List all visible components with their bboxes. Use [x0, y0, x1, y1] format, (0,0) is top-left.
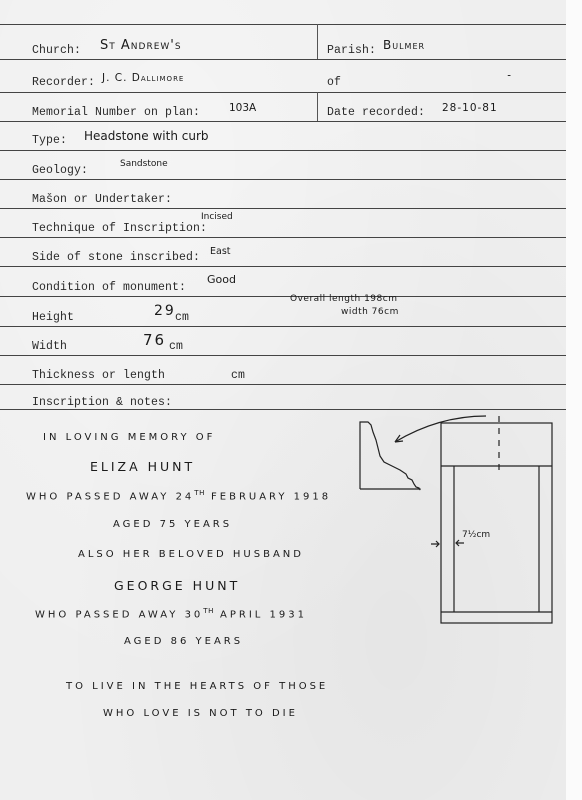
technique-value[interactable]: Incised: [201, 212, 233, 222]
church-label: Church:: [32, 44, 81, 57]
inscription-line: Eliza Hunt: [90, 459, 195, 474]
geology-label: Geology:: [32, 164, 88, 177]
inscription-line: Aged 86 years: [124, 636, 243, 647]
rule: [0, 150, 566, 151]
mason-label: Mašon or Undertaker:: [32, 193, 172, 206]
width-unit: cm: [169, 340, 183, 353]
inscription-line: Who passed away 30th April 1931: [35, 607, 307, 620]
rule: [0, 237, 566, 238]
side-label: Side of stone inscribed:: [32, 251, 200, 264]
column-divider: [317, 24, 318, 59]
rule: [0, 59, 566, 60]
inscription-line: Also her beloved husband: [78, 549, 304, 560]
width-value[interactable]: 76: [143, 331, 166, 349]
side-value[interactable]: East: [210, 246, 231, 257]
rule: [0, 208, 566, 209]
inscription-line: Aged 75 years: [113, 519, 232, 530]
curb-outline: [441, 423, 552, 623]
rule: [0, 326, 566, 327]
inscription-line: In loving memory of: [43, 432, 215, 443]
parish-label: Parish:: [327, 44, 376, 57]
geology-value[interactable]: Sandstone: [120, 159, 168, 169]
overall-length-note: Overall length 198cm: [290, 294, 397, 304]
column-divider: [317, 92, 318, 121]
rule: [0, 121, 566, 122]
memorial-number-value[interactable]: 103A: [229, 102, 256, 114]
rule: [0, 179, 566, 180]
curb-plan-diagram: [340, 400, 570, 640]
rule: [0, 92, 566, 93]
width-label: Width: [32, 340, 67, 353]
height-label: Height: [32, 311, 74, 324]
height-unit: cm: [175, 311, 189, 324]
date-recorded-value[interactable]: 28-10-81: [442, 102, 498, 114]
rule: [0, 24, 566, 25]
church-value[interactable]: St Andrew's: [100, 38, 182, 53]
inscription-line: Who passed away 24th February 1918: [26, 489, 331, 502]
thickness-unit: cm: [231, 369, 245, 382]
recorder-label: Recorder:: [32, 76, 95, 89]
rule: [0, 296, 566, 297]
parish-value[interactable]: Bulmer: [383, 38, 425, 52]
condition-label: Condition of monument:: [32, 281, 186, 294]
type-label: Type:: [32, 134, 67, 147]
inscription-label: Inscription & notes:: [32, 396, 172, 409]
inscription-line: who love is not to die: [103, 708, 298, 719]
width-arrow-left: [431, 541, 439, 547]
curb-width-label: 7½cm: [462, 530, 490, 540]
memorial-number-label: Memorial Number on plan:: [32, 106, 200, 119]
inscription-line: To live in the hearts of those: [66, 681, 328, 692]
overall-width-note: width 76cm: [341, 307, 399, 317]
type-value[interactable]: Headstone with curb: [84, 129, 209, 143]
condition-value[interactable]: Good: [207, 273, 236, 286]
thickness-label: Thickness or length: [32, 369, 165, 382]
technique-label: Technique of Inscription:: [32, 222, 207, 235]
rule: [0, 266, 566, 267]
rule: [0, 384, 566, 385]
date-recorded-label: Date recorded:: [327, 106, 425, 119]
width-arrow-right: [456, 540, 464, 546]
moulding-profile: [360, 422, 420, 490]
inscription-line: George Hunt: [114, 578, 240, 593]
height-value[interactable]: 29: [154, 303, 176, 319]
rule: [0, 355, 566, 356]
recorder-value[interactable]: J. C. Dallimore: [102, 72, 184, 84]
of-label: of: [327, 76, 341, 89]
